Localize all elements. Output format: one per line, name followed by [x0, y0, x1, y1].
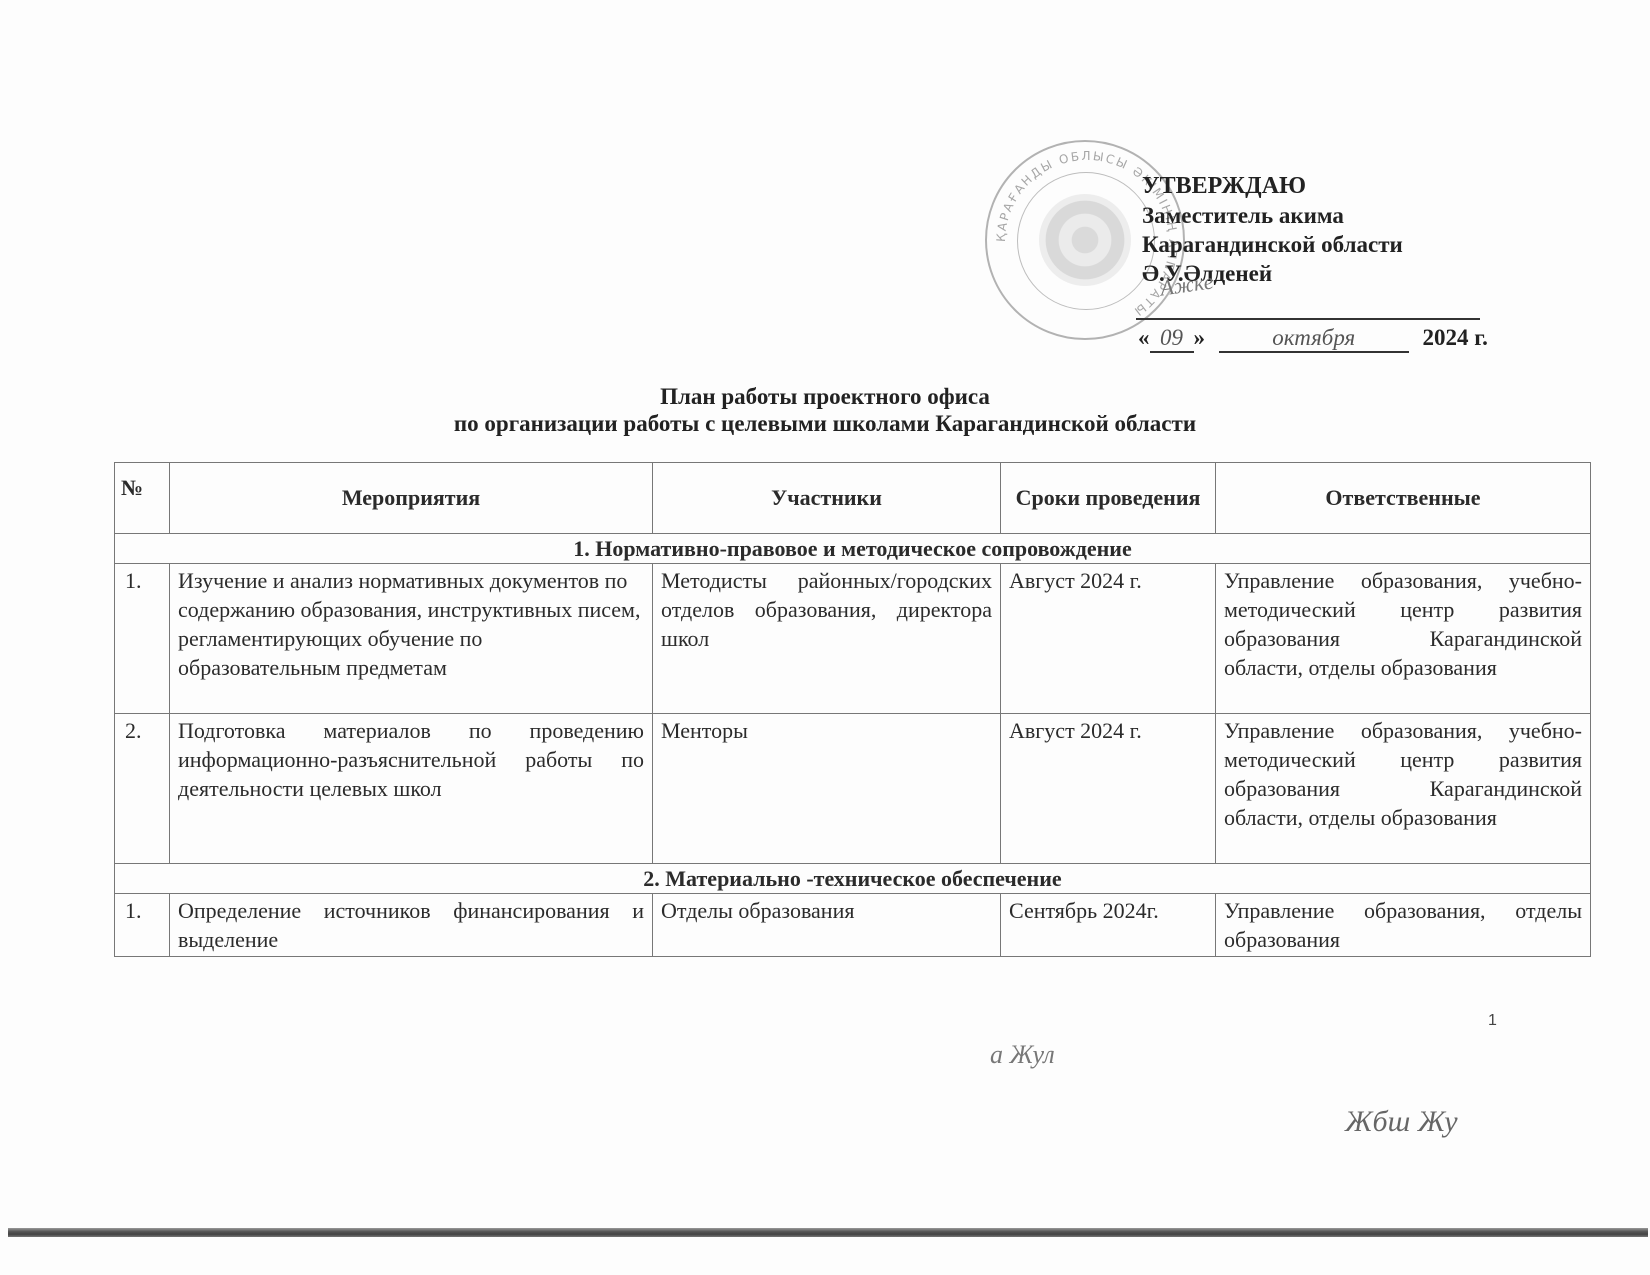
signature-line	[1136, 318, 1480, 320]
row-event: Изучение и анализ нормативных документов…	[170, 564, 653, 714]
row-dates: Август 2024 г.	[1001, 564, 1216, 714]
date-close-quote: »	[1194, 325, 1206, 350]
table-header-row: № Мероприятия Участники Сроки проведения…	[115, 463, 1591, 534]
row-num: 1.	[115, 894, 170, 957]
header-events: Мероприятия	[170, 463, 653, 534]
date-year: 2024 г.	[1423, 325, 1488, 350]
date-month: октября	[1219, 325, 1409, 353]
section-row: 1. Нормативно-правовое и методическое со…	[115, 534, 1591, 564]
row-num: 2.	[115, 714, 170, 864]
row-event: Подготовка материалов по проведению инфо…	[170, 714, 653, 864]
table-row: 1. Определение источников финансирования…	[115, 894, 1591, 957]
row-dates: Август 2024 г.	[1001, 714, 1216, 864]
section-title: 2. Материально -техническое обеспечение	[115, 864, 1591, 894]
date-open-quote: «	[1138, 325, 1150, 350]
row-participants: Отделы образования	[653, 894, 1001, 957]
state-emblem-icon	[1039, 194, 1131, 286]
date-day: 09	[1150, 325, 1194, 353]
page-number: 1	[1488, 1012, 1497, 1030]
table-row: 2. Подготовка материалов по проведению и…	[115, 714, 1591, 864]
approval-position-line2: Карагандинской области	[1142, 230, 1403, 259]
header-participants: Участники	[653, 463, 1001, 534]
approval-position-line1: Заместитель акима	[1142, 201, 1403, 230]
section-title: 1. Нормативно-правовое и методическое со…	[115, 534, 1591, 564]
scanner-edge-bar	[8, 1228, 1648, 1237]
row-num: 1.	[115, 564, 170, 714]
document-title-line1: План работы проектного офиса	[0, 383, 1650, 410]
row-event: Определение источников финансирования и …	[170, 894, 653, 957]
row-responsible: Управление образования, учебно-методичес…	[1216, 714, 1591, 864]
row-dates: Сентябрь 2024г.	[1001, 894, 1216, 957]
table-row: 1. Изучение и анализ нормативных докумен…	[115, 564, 1591, 714]
handwritten-signature-1: а Жул	[990, 1040, 1055, 1070]
row-participants: Менторы	[653, 714, 1001, 864]
work-plan-table: № Мероприятия Участники Сроки проведения…	[114, 462, 1591, 957]
header-num: №	[115, 463, 170, 534]
document-title-line2: по организации работы с целевыми школами…	[0, 410, 1650, 437]
approval-heading: УТВЕРЖДАЮ	[1142, 172, 1403, 201]
row-responsible: Управление образования, учебно-методичес…	[1216, 564, 1591, 714]
row-responsible: Управление образования, отделы образован…	[1216, 894, 1591, 957]
approval-block: УТВЕРЖДАЮ Заместитель акима Карагандинск…	[1142, 172, 1403, 288]
row-participants: Методисты районных/городских отделов обр…	[653, 564, 1001, 714]
approval-date: «09» октября 2024 г.	[1138, 325, 1488, 353]
header-dates: Сроки проведения	[1001, 463, 1216, 534]
section-row: 2. Материально -техническое обеспечение	[115, 864, 1591, 894]
handwritten-signature-2: Жбш Жу	[1345, 1105, 1458, 1139]
header-responsible: Ответственные	[1216, 463, 1591, 534]
